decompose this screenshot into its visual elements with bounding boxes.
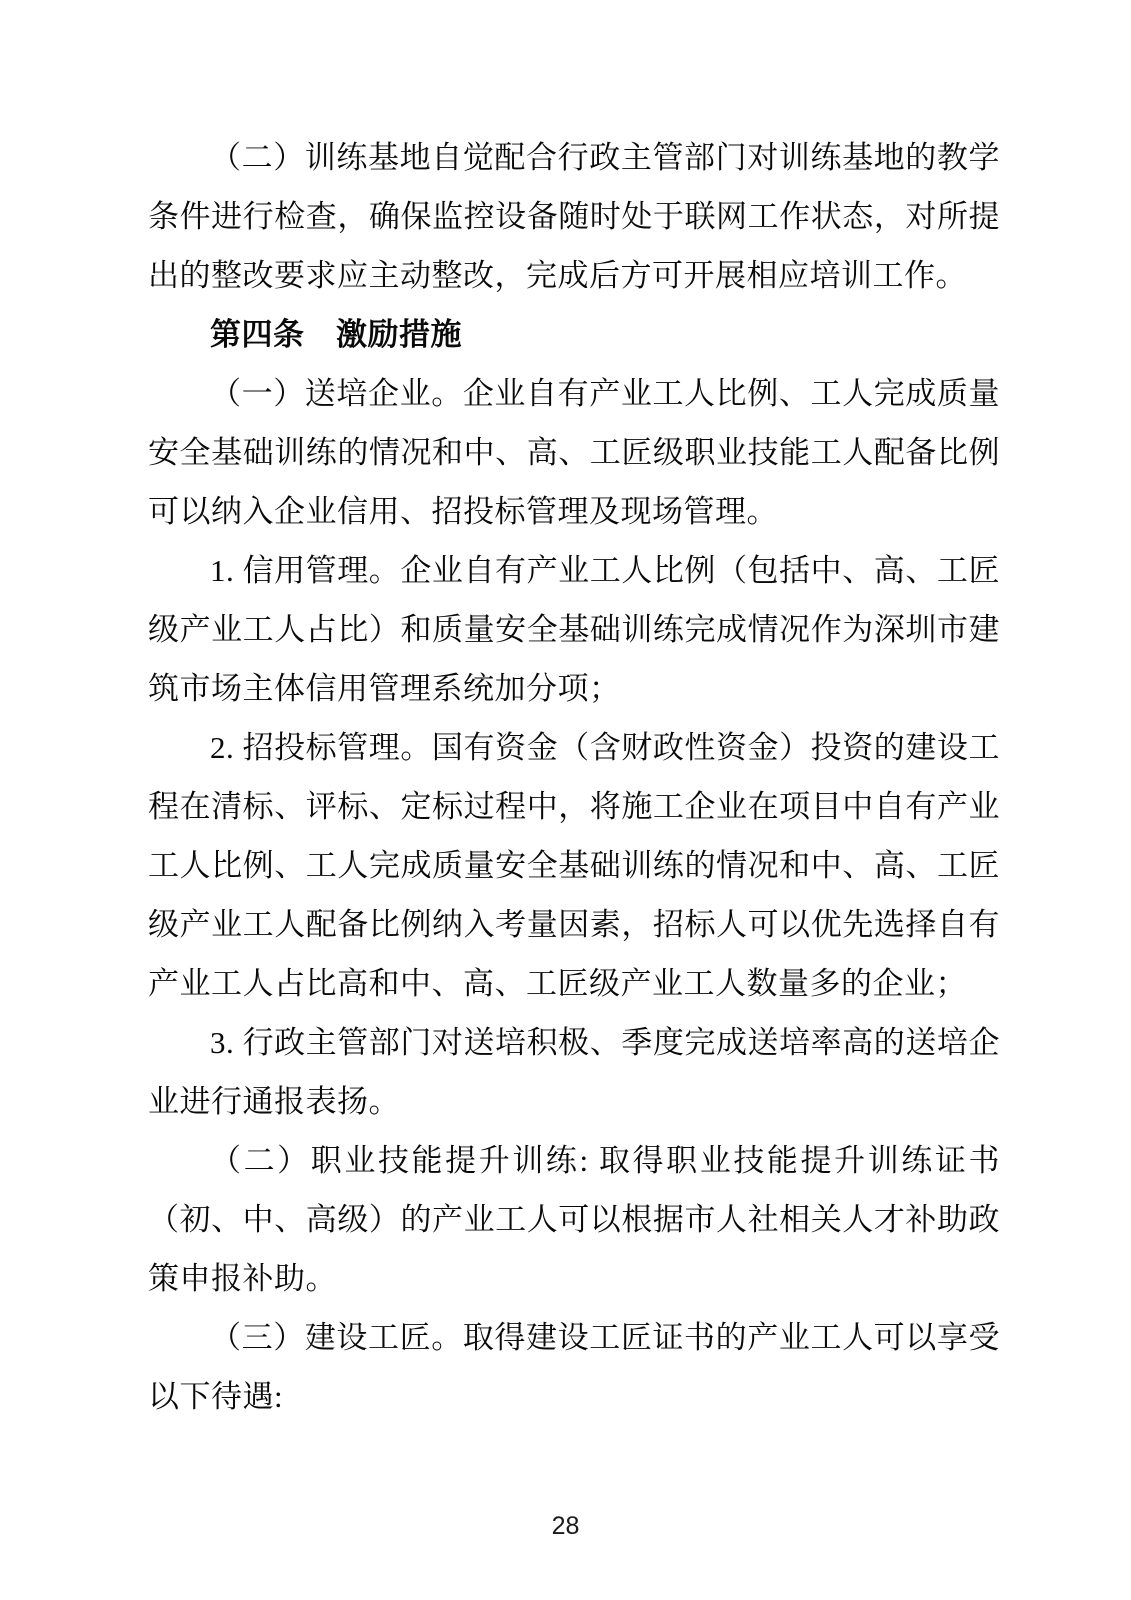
document-body: （二）训练基地自觉配合行政主管部门对训练基地的教学条件进行检查，确保监控设备随时… bbox=[148, 128, 1000, 1426]
page-number: 28 bbox=[0, 1512, 1131, 1541]
paragraph-sub-3-commendation: 3. 行政主管部门对送培积极、季度完成送培率高的送培企业进行通报表扬。 bbox=[148, 1013, 1000, 1131]
article-4-heading: 第四条 激励措施 bbox=[148, 305, 1000, 364]
document-page: （二）训练基地自觉配合行政主管部门对训练基地的教学条件进行检查，确保监控设备随时… bbox=[0, 0, 1131, 1600]
paragraph-item-1-training-enterprises: （一）送培企业。企业自有产业工人比例、工人完成质量安全基础训练的情况和中、高、工… bbox=[148, 364, 1000, 541]
paragraph-sub-2-bidding-management: 2. 招投标管理。国有资金（含财政性资金）投资的建设工程在清标、评标、定标过程中… bbox=[148, 718, 1000, 1013]
paragraph-item-3-construction-craftsman: （三）建设工匠。取得建设工匠证书的产业工人可以享受以下待遇: bbox=[148, 1308, 1000, 1426]
paragraph-item-2-training-base-inspection: （二）训练基地自觉配合行政主管部门对训练基地的教学条件进行检查，确保监控设备随时… bbox=[148, 128, 1000, 305]
paragraph-item-2-skill-upgrade-training: （二）职业技能提升训练: 取得职业技能提升训练证书（初、中、高级）的产业工人可以… bbox=[148, 1131, 1000, 1308]
paragraph-sub-1-credit-management: 1. 信用管理。企业自有产业工人比例（包括中、高、工匠级产业工人占比）和质量安全… bbox=[148, 541, 1000, 718]
